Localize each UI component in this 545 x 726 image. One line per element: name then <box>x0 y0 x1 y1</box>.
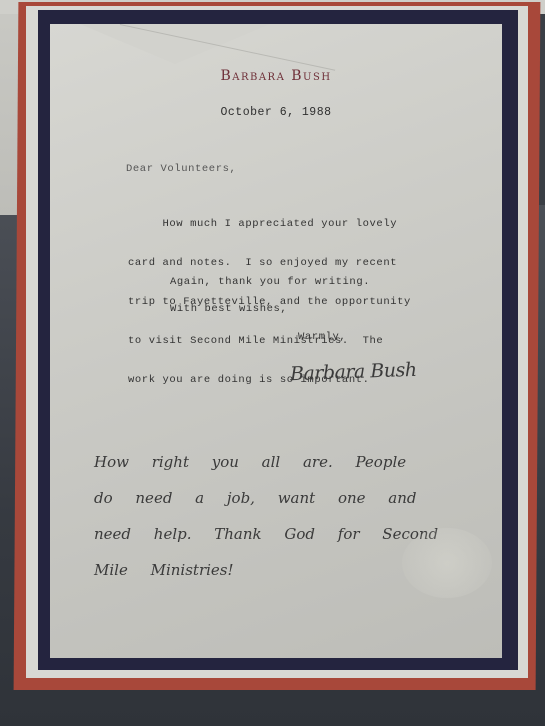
body-line: card and notes. I so enjoyed my recent <box>128 257 411 270</box>
letter-paper: Barbara Bush October 6, 1988 Dear Volunt… <box>50 24 502 658</box>
envelope-flap <box>80 24 270 64</box>
light-glare <box>402 528 492 598</box>
handwritten-line: How right you all are. People <box>94 444 494 480</box>
salutation: Dear Volunteers, <box>126 163 236 176</box>
body-line: to visit Second Mile Ministries. The <box>128 335 411 348</box>
closing: Warmly, <box>298 331 346 344</box>
wishes-line: With best wishes, <box>170 303 287 316</box>
handwritten-line: do need a job, want one and <box>94 480 494 516</box>
thanks-line: Again, thank you for writing. <box>170 276 370 289</box>
letterhead: Barbara Bush <box>50 68 502 84</box>
body-line: How much I appreciated your lovely <box>128 218 411 231</box>
signature: Barbara Bush <box>290 359 417 385</box>
letter-date: October 6, 1988 <box>50 106 502 119</box>
